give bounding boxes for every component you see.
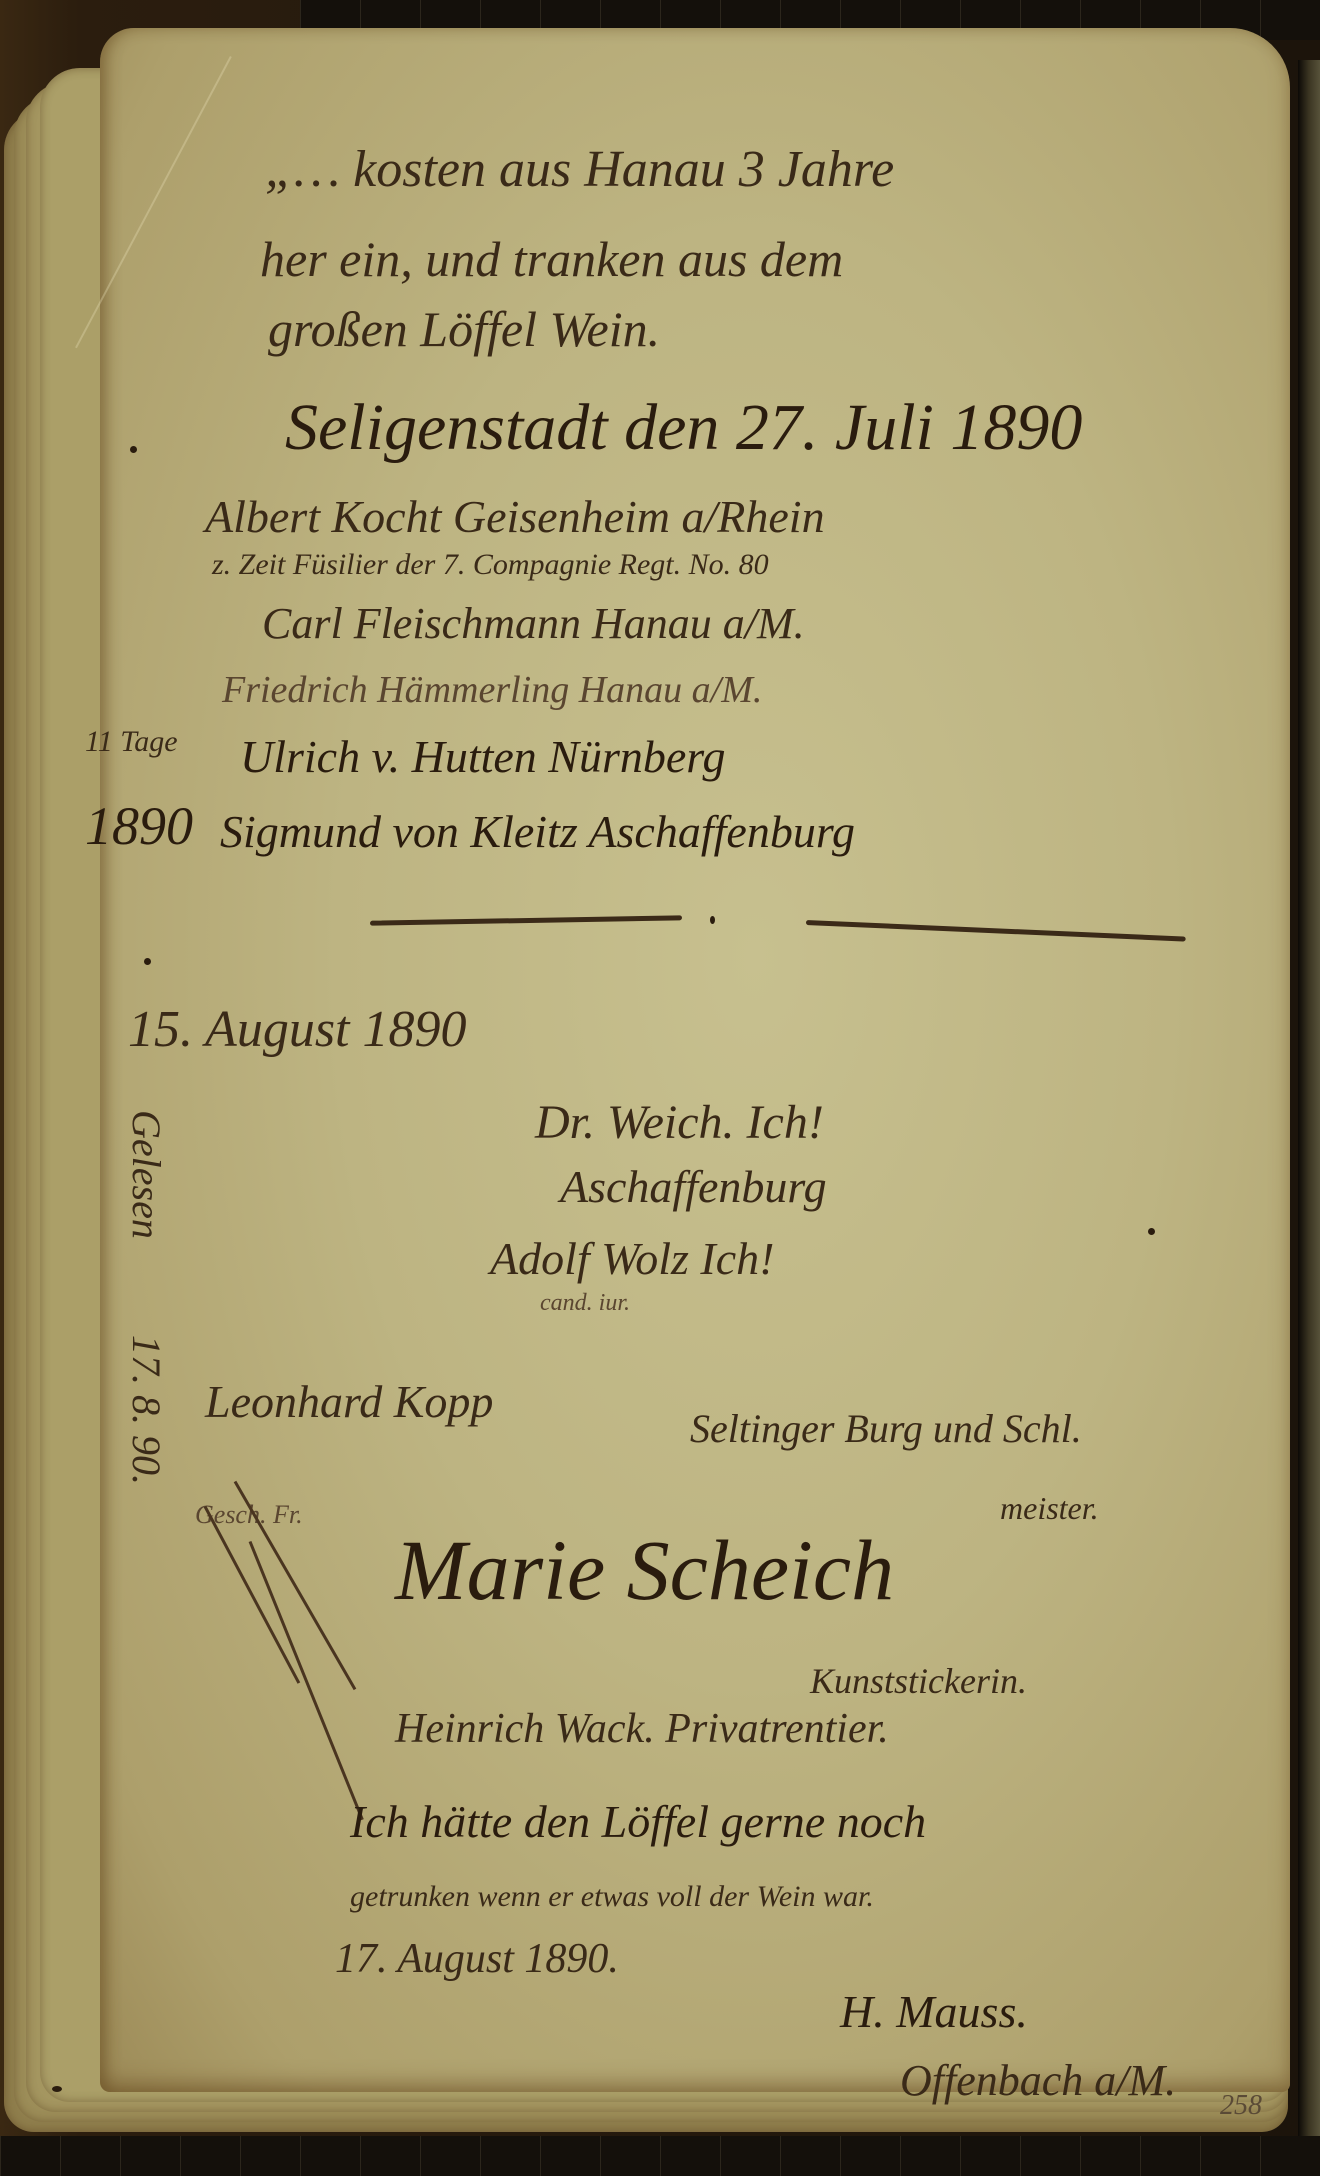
entry-line: Seltinger Burg und Schl. [690, 1405, 1082, 1452]
entry-line: z. Zeit Füsilier der 7. Compagnie Regt. … [212, 548, 769, 582]
entry-line: getrunken wenn er etwas voll der Wein wa… [350, 1880, 874, 1914]
ink-dot [144, 958, 151, 965]
margin-note: 1890 [85, 795, 193, 857]
page-number: 258 [1220, 2090, 1262, 2122]
margin-note: 11 Tage [85, 725, 178, 759]
entry-line: Friedrich Hämmerling Hanau a/M. [222, 668, 762, 712]
entry-line: meister. [1000, 1490, 1099, 1527]
ink-dot [130, 446, 137, 453]
entry-line: Heinrich Wack. Privatrentier. [395, 1705, 889, 1753]
entry-line: Adolf Wolz Ich! [490, 1232, 775, 1285]
ink-dot [1148, 1228, 1155, 1235]
entry-line: Dr. Weich. Ich! [535, 1095, 824, 1150]
margin-note-vertical: 17. 8. 90. [123, 1335, 170, 1485]
entry-heading: Seligenstadt den 27. Juli 1890 [285, 390, 1082, 466]
signature-place: Offenbach a/M. [900, 2055, 1176, 2106]
signature: H. Mauss. [840, 1985, 1028, 2038]
entry-date: 17. August 1890. [335, 1935, 619, 1983]
entry-line: Ich hätte den Löffel gerne noch [350, 1795, 926, 1848]
entry-line: Ulrich v. Hutten Nürnberg [240, 730, 726, 783]
margin-note-vertical: Gelesen [123, 1110, 170, 1239]
entry-line: großen Löffel Wein. [268, 300, 660, 358]
entry-line: Aschaffenburg [560, 1160, 827, 1213]
ink-mark [52, 2086, 62, 2092]
entry-line: cand. iur. [540, 1290, 630, 1317]
entry-heading: 15. August 1890 [128, 1000, 467, 1059]
entry-line: „… kosten aus Hanau 3 Jahre [265, 140, 894, 199]
entry-line: Sigmund von Kleitz Aschaffenburg [220, 805, 855, 858]
entry-line: her ein, und tranken aus dem [260, 230, 843, 288]
book-spine-right [1298, 60, 1320, 2136]
ink-dot [710, 916, 715, 924]
entry-line-large: Marie Scheich [395, 1520, 894, 1620]
scan-grid-bottom [0, 2136, 1320, 2176]
entry-line: Carl Fleischmann Hanau a/M. [262, 598, 805, 649]
entry-line: Albert Kocht Geisenheim a/Rhein [205, 490, 825, 543]
entry-line: Leonhard Kopp [205, 1375, 493, 1428]
entry-line: Kunststickerin. [810, 1660, 1027, 1702]
